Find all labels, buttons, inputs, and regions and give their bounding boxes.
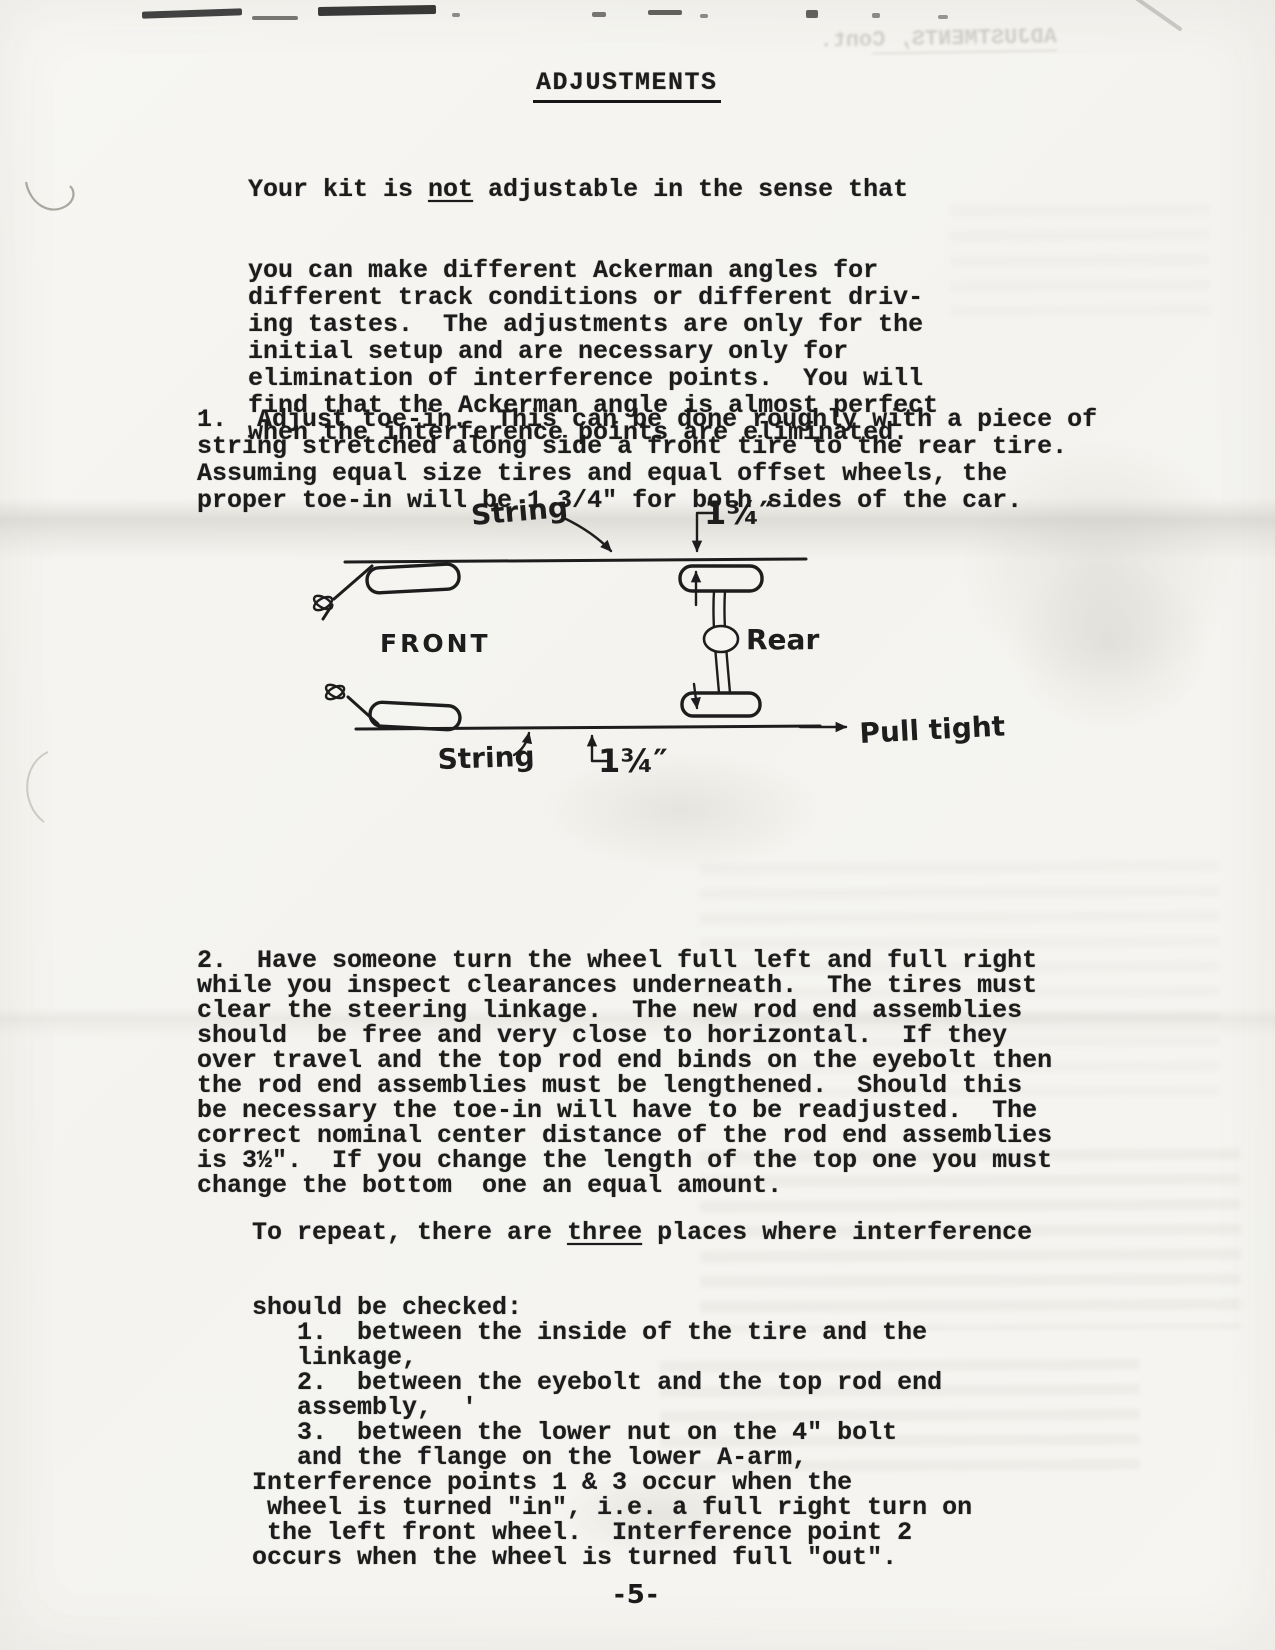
photocopy-smudge xyxy=(806,10,818,18)
photocopy-smudge xyxy=(872,13,880,18)
intro-line1-post: adjustable in the sense that xyxy=(473,175,908,204)
text-line: 1. between the inside of the tire and th… xyxy=(252,1320,1032,1345)
pull-tight-label: Pull tight xyxy=(859,709,1006,750)
photocopy-smudge xyxy=(318,5,436,16)
underlined-word: not xyxy=(428,175,473,204)
photocopy-smudge xyxy=(452,13,460,17)
text-line: the rod end assemblies must be lengthene… xyxy=(197,1073,1052,1098)
photocopy-smudge xyxy=(700,14,708,18)
text-line: Interference points 1 & 3 occur when the xyxy=(252,1470,1032,1495)
text-line: correct nominal center distance of the r… xyxy=(197,1123,1052,1148)
text-line: assembly, ' xyxy=(252,1395,1032,1420)
string-tie-bottom xyxy=(348,697,378,724)
step2-lines: 2. Have someone turn the wheel full left… xyxy=(197,948,1052,1198)
text-line: should be checked: xyxy=(252,1295,1032,1320)
front-label: FRONT xyxy=(380,629,491,658)
rear-right-tire xyxy=(682,693,760,716)
text-line: Your kit is not adjustable in the sense … xyxy=(248,176,938,203)
text-line: 2. between the eyebolt and the top rod e… xyxy=(252,1370,1032,1395)
bottom-dimension-label: 1¾″ xyxy=(598,742,668,780)
top-dimension-label: 1¾″ xyxy=(704,494,774,532)
text-line: linkage, xyxy=(252,1345,1032,1370)
photocopy-smudge xyxy=(252,16,298,20)
front-right-tire xyxy=(369,702,460,731)
text-line: while you inspect clearances underneath.… xyxy=(197,973,1052,998)
text-line: the left front wheel. Interference point… xyxy=(252,1520,1032,1545)
text-line: different track conditions or different … xyxy=(248,284,938,311)
string-tie-top xyxy=(323,566,372,619)
text-line: you can make different Ackerman angles f… xyxy=(248,257,938,284)
text-line: should be free and very close to horizon… xyxy=(197,1023,1052,1048)
photocopy-smudge xyxy=(1123,0,1183,32)
string-line-top xyxy=(345,559,806,562)
text-line: be necessary the toe-in will have to be … xyxy=(197,1098,1052,1123)
front-left-tire xyxy=(366,564,459,594)
bleed-through-header: ADJUSTMENTS, Cont. xyxy=(872,24,1057,54)
text-line: To repeat, there are three places where … xyxy=(252,1220,1032,1245)
repeat-line1-post: places where interference xyxy=(642,1218,1032,1247)
pencil-mark xyxy=(14,748,74,828)
string-label-top: String xyxy=(470,491,569,532)
bleed-through-text xyxy=(950,204,1211,315)
string-label-bottom: String xyxy=(437,740,535,776)
text-line: ing tastes. The adjustments are only for… xyxy=(248,311,938,338)
text-line: over travel and the top rod end binds on… xyxy=(197,1048,1052,1073)
string-label-arrow-top xyxy=(564,518,611,551)
photocopy-smudge xyxy=(938,15,948,19)
paper-stain xyxy=(1010,560,1210,730)
photocopy-smudge xyxy=(592,12,606,17)
differential xyxy=(704,626,738,652)
scanned-page: ADJUSTMENTS, Cont. ADJUSTMENTS Your kit … xyxy=(0,0,1275,1650)
text-line: occurs when the wheel is turned full "ou… xyxy=(252,1545,1032,1570)
text-line: 2. Have someone turn the wheel full left… xyxy=(197,948,1052,973)
photocopy-smudge xyxy=(142,8,242,18)
photocopy-smudge xyxy=(648,10,682,15)
repeat-line1-pre: To repeat, there are xyxy=(252,1218,567,1247)
text-line: and the flange on the lower A-arm, xyxy=(252,1445,1032,1470)
repeat-paragraph: To repeat, there are three places where … xyxy=(252,1170,1032,1620)
text-line: wheel is turned "in", i.e. a full right … xyxy=(252,1495,1032,1520)
repeat-lines: should be checked: 1. between the inside… xyxy=(252,1295,1032,1570)
rear-left-tire xyxy=(680,566,762,591)
pencil-mark xyxy=(20,168,90,228)
text-line: 3. between the lower nut on the 4" bolt xyxy=(252,1420,1032,1445)
rear-label: Rear xyxy=(746,623,819,656)
measure-arrow-down xyxy=(694,684,697,708)
string-knot-icon xyxy=(312,593,334,613)
toe-in-diagram: String 1¾″ FRONT Rear String 1¾″ Pull ti… xyxy=(288,452,1033,802)
string-knot-icon xyxy=(324,682,346,702)
page-number: -5- xyxy=(614,1580,660,1610)
underlined-word: three xyxy=(567,1218,642,1247)
intro-line1-pre: Your kit is xyxy=(248,175,428,204)
text-line: clear the steering linkage. The new rod … xyxy=(197,998,1052,1023)
page-title: ADJUSTMENTS xyxy=(533,68,721,103)
text-line: 1. Adjust toe-in. This can be done rough… xyxy=(197,406,1097,433)
